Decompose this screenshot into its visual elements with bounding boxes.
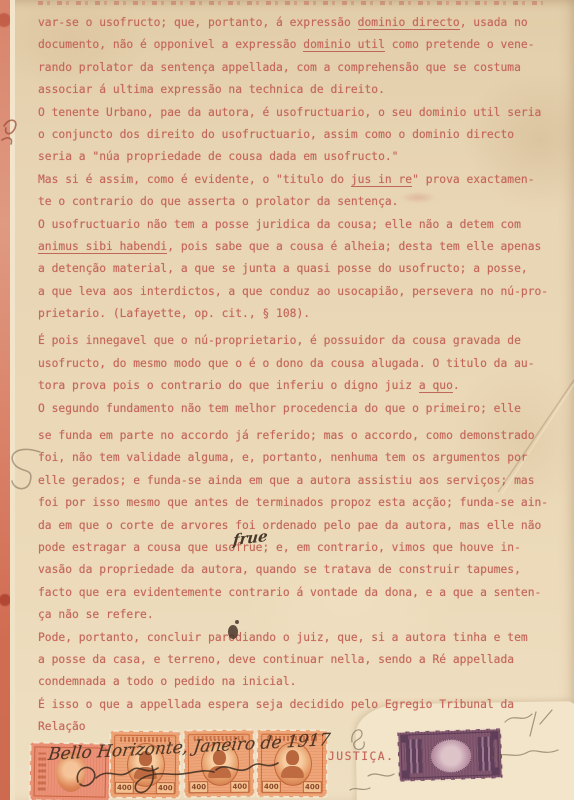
- typed-line: O tenente Urbano, pae da autora, é usofr…: [38, 102, 558, 124]
- typed-line: elle gerados; e funda-se ainda em que a …: [38, 470, 558, 492]
- text-segment: elle gerados; e funda-se ainda em que a …: [38, 474, 535, 487]
- ink-smudge: [394, 190, 442, 205]
- stamp-portrait-shoulders: [208, 766, 231, 778]
- typed-line: Mas si é assim, como é evidente, o "titu…: [38, 169, 558, 191]
- text-segment: facto que era evidentemente contrario á …: [38, 586, 541, 599]
- binding-edge: [0, 0, 10, 800]
- stamp-ornament: [405, 739, 422, 774]
- text-segment: usofructo, do mesmo modo que o é o dono …: [38, 357, 535, 370]
- typed-line: prietario. (Lafayette, op. cit., § 108).: [38, 303, 558, 325]
- stamp-portrait-shoulders: [281, 766, 304, 778]
- text-segment: da em que o corte de arvores foi ordenad…: [38, 519, 541, 532]
- typed-line: vasão da propriedade da autora, quando s…: [38, 559, 558, 581]
- text-segment: a que leva aos interdictos, a que conduz…: [38, 285, 548, 298]
- text-segment: , usada no: [460, 16, 528, 29]
- text-segment: , pois sabe que a cousa é alheia; desta …: [167, 240, 541, 253]
- typed-line: animus sibi habendi, pois sabe que a cou…: [38, 236, 558, 258]
- typed-line: rando prolator da sentença appellada, co…: [38, 57, 558, 79]
- typed-text-body: var-se o usofructo; que, portanto, á exp…: [38, 12, 558, 739]
- typed-line: pode estragar a cousa que usofrue; e, em…: [38, 537, 558, 559]
- text-segment: a detenção material, a que se junta a qu…: [38, 262, 528, 275]
- typed-line: O segundo fundamento não tem melhor proc…: [38, 398, 558, 420]
- typed-line: te o contrario do que asserta o prolator…: [38, 191, 558, 213]
- stamp-corner: [401, 735, 408, 742]
- text-segment: como pretende o vene-: [385, 38, 535, 51]
- typed-line: condemnada a todo o pedido na inicial.: [38, 671, 558, 693]
- text-segment: O tenente Urbano, pae da autora, é usofr…: [38, 106, 541, 119]
- typed-line: Pode, portanto, concluir parodiando o ju…: [38, 627, 558, 649]
- typed-line: se funda em parte no accordo já referido…: [38, 425, 558, 447]
- underlined-phrase: a quo: [419, 379, 453, 393]
- typed-line: O usofructuario não tem a posse juridica…: [38, 214, 558, 236]
- stamp-value: 400: [262, 781, 281, 793]
- text-segment: Relação: [38, 720, 86, 733]
- text-segment: documento, não é opponivel a expressão: [38, 38, 303, 51]
- stamp-corner: [491, 767, 498, 774]
- text-segment: condemnada a todo o pedido na inicial.: [38, 675, 296, 688]
- text-segment: foi, não tem validade alguma, e, portant…: [38, 451, 528, 464]
- typed-line: a posse da casa, e terreno, deve continu…: [38, 649, 558, 671]
- typed-line: da em que o corte de arvores foi ordenad…: [38, 515, 558, 537]
- clipped-text-tips: [38, 1, 543, 5]
- text-segment: var-se o usofructo; que, portanto, á exp…: [38, 16, 358, 29]
- stamp-value: 400: [303, 781, 322, 793]
- underlined-phrase: dominio directo: [358, 16, 460, 30]
- stamp-ornament: [477, 736, 494, 771]
- stamp-value: 400: [189, 781, 208, 793]
- typed-line: foi por isso mesmo que antes de terminad…: [38, 492, 558, 514]
- typed-line: tora prova pois o contrario do que infer…: [38, 375, 558, 397]
- stamp-corner: [403, 770, 410, 777]
- text-segment: prietario. (Lafayette, op. cit., § 108).: [38, 307, 310, 320]
- text-segment: o conjuncto dos direito do usofructuario…: [38, 128, 514, 141]
- text-segment: se funda em parte no accordo já referido…: [38, 429, 535, 442]
- text-segment: Pode, portanto, concluir parodiando o ju…: [38, 631, 528, 644]
- text-segment: ça não se refere.: [38, 608, 154, 621]
- text-segment: rando prolator da sentença appellada, co…: [38, 61, 521, 74]
- text-segment: te o contrario do que asserta o prolator…: [38, 195, 398, 208]
- text-segment: O segundo fundamento não tem melhor proc…: [38, 402, 521, 415]
- stamp-corner: [490, 732, 497, 739]
- typed-line: o conjuncto dos direito do usofructuario…: [38, 124, 558, 146]
- text-segment: foi por isso mesmo que antes de terminad…: [38, 496, 548, 509]
- text-segment: associar á ultima expressão na technica …: [38, 83, 385, 96]
- binding-edge-highlight: [10, 0, 15, 800]
- typed-line: a detenção material, a que se junta a qu…: [38, 258, 558, 280]
- text-segment: O usofructuario não tem a posse juridica…: [38, 218, 521, 231]
- text-segment: tora prova pois o contrario do que infer…: [38, 379, 419, 392]
- margin-pencil-mark: [12, 449, 40, 488]
- stamp-value: 400: [156, 782, 175, 794]
- underlined-phrase: animus sibi habendi: [38, 240, 167, 254]
- typed-line: facto que era evidentemente contrario á …: [38, 582, 558, 604]
- typed-line: ça não se refere.: [38, 604, 558, 626]
- stamp-value: 400: [115, 782, 134, 794]
- text-segment: .: [453, 379, 460, 392]
- text-segment: a posse da casa, e terreno, deve continu…: [38, 653, 514, 666]
- stamp-portrait-shoulders: [134, 767, 157, 779]
- text-segment: É pois innegavel que o nú-proprietario, …: [38, 334, 521, 347]
- text-segment: vasão da propriedade da autora, quando s…: [38, 563, 521, 576]
- typed-line: associar á ultima expressão na technica …: [38, 79, 558, 101]
- typed-line: seria a "núa propriedade de cousa dada e…: [38, 146, 558, 168]
- typed-line: É isso o que a appellada espera seja dec…: [38, 694, 558, 716]
- typed-line: É pois innegavel que o nú-proprietario, …: [38, 330, 558, 352]
- underlined-phrase: jus in re: [351, 173, 412, 187]
- text-segment: Mas si é assim, como é evidente, o "titu…: [38, 173, 351, 186]
- typed-line: usofructo, do mesmo modo que o é o dono …: [38, 353, 558, 375]
- stamp-value: 400: [230, 781, 249, 793]
- underlined-phrase: dominio util: [303, 38, 385, 52]
- text-segment: É isso o que a appellada espera seja dec…: [38, 698, 514, 711]
- stamp-ornament: [38, 752, 47, 790]
- text-segment: " prova exactamen-: [412, 173, 534, 186]
- text-segment: pode estragar a cousa que usofrue; e, em…: [38, 541, 521, 554]
- typed-line: foi, não tem validade alguma, e, portant…: [38, 447, 558, 469]
- typed-line: a que leva aos interdictos, a que conduz…: [38, 281, 558, 303]
- revenue-stamp-purple: [397, 728, 503, 782]
- text-segment: seria a "núa propriedade de cousa dada e…: [38, 150, 398, 163]
- document-page: var-se o usofructo; que, portanto, á exp…: [0, 0, 574, 800]
- typed-line: documento, não é opponivel a expressão d…: [38, 34, 558, 56]
- typed-word-justica: JUSTIÇA.: [328, 750, 394, 763]
- typed-line: var-se o usofructo; que, portanto, á exp…: [38, 12, 558, 34]
